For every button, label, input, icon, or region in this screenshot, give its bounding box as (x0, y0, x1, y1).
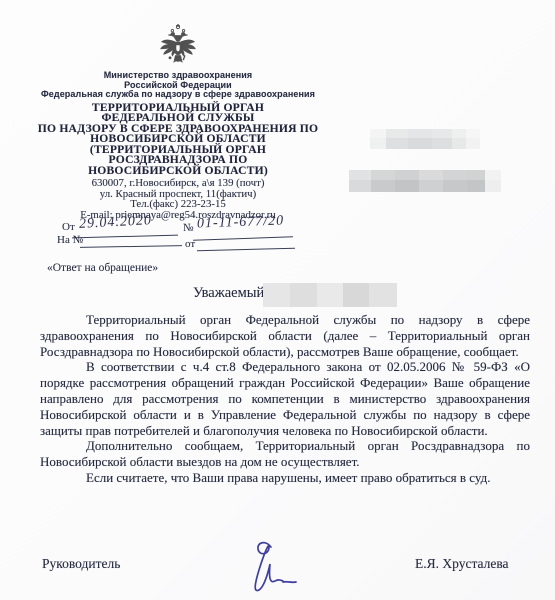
reply-to-label: На № (57, 234, 83, 246)
signer-name: Е.Я. Хрусталева (415, 556, 509, 572)
scanned-letter-page: Министерство здравоохранения Российской … (0, 0, 555, 600)
signer-position-title: Руководитель (42, 556, 120, 572)
handwritten-date: 29.04.2020 (79, 213, 153, 233)
org-title-line: НОВОСИБИРСКОЙ ОБЛАСТИ) (32, 166, 324, 177)
redacted-recipient-name (263, 283, 397, 307)
redacted-recipient-block-2 (349, 170, 501, 192)
coat-of-arms-eagle-icon (158, 24, 198, 66)
org-title: ТЕРРИТОРИАЛЬНЫЙ ОРГАН ФЕДЕРАЛЬНОЙ СЛУЖБЫ… (32, 103, 324, 177)
body-paragraph: В соответствии с ч.4 ст.8 Федерального з… (40, 359, 530, 438)
reply-to-underline (80, 245, 182, 248)
handwritten-signature (233, 537, 307, 599)
subject-line: «Ответ на обращение» (47, 262, 158, 274)
letterhead: Министерство здравоохранения Российской … (32, 24, 324, 220)
letter-body: Территориальный орган Федеральной службы… (40, 312, 530, 486)
handwritten-number: 01-11-677/20 (197, 213, 285, 232)
ministry-header: Министерство здравоохранения Российской … (32, 71, 324, 100)
date-underline (72, 235, 178, 239)
salutation: Уважаемый (193, 285, 264, 302)
body-paragraph: Дополнительно сообщаем, Территориальный … (40, 438, 530, 470)
number-underline (193, 236, 293, 240)
body-paragraph: Территориальный орган Федеральной службы… (40, 312, 530, 359)
reply-from-underline (197, 248, 295, 252)
from-date-label: От (62, 221, 75, 233)
ministry-line: Федеральная служба по надзору в сфере зд… (32, 90, 324, 100)
body-paragraph: Если считаете, что Ваши права нарушены, … (40, 470, 530, 486)
number-label: № (183, 222, 194, 234)
redacted-recipient-block-1 (370, 129, 480, 149)
reply-from-label: от (185, 238, 195, 250)
